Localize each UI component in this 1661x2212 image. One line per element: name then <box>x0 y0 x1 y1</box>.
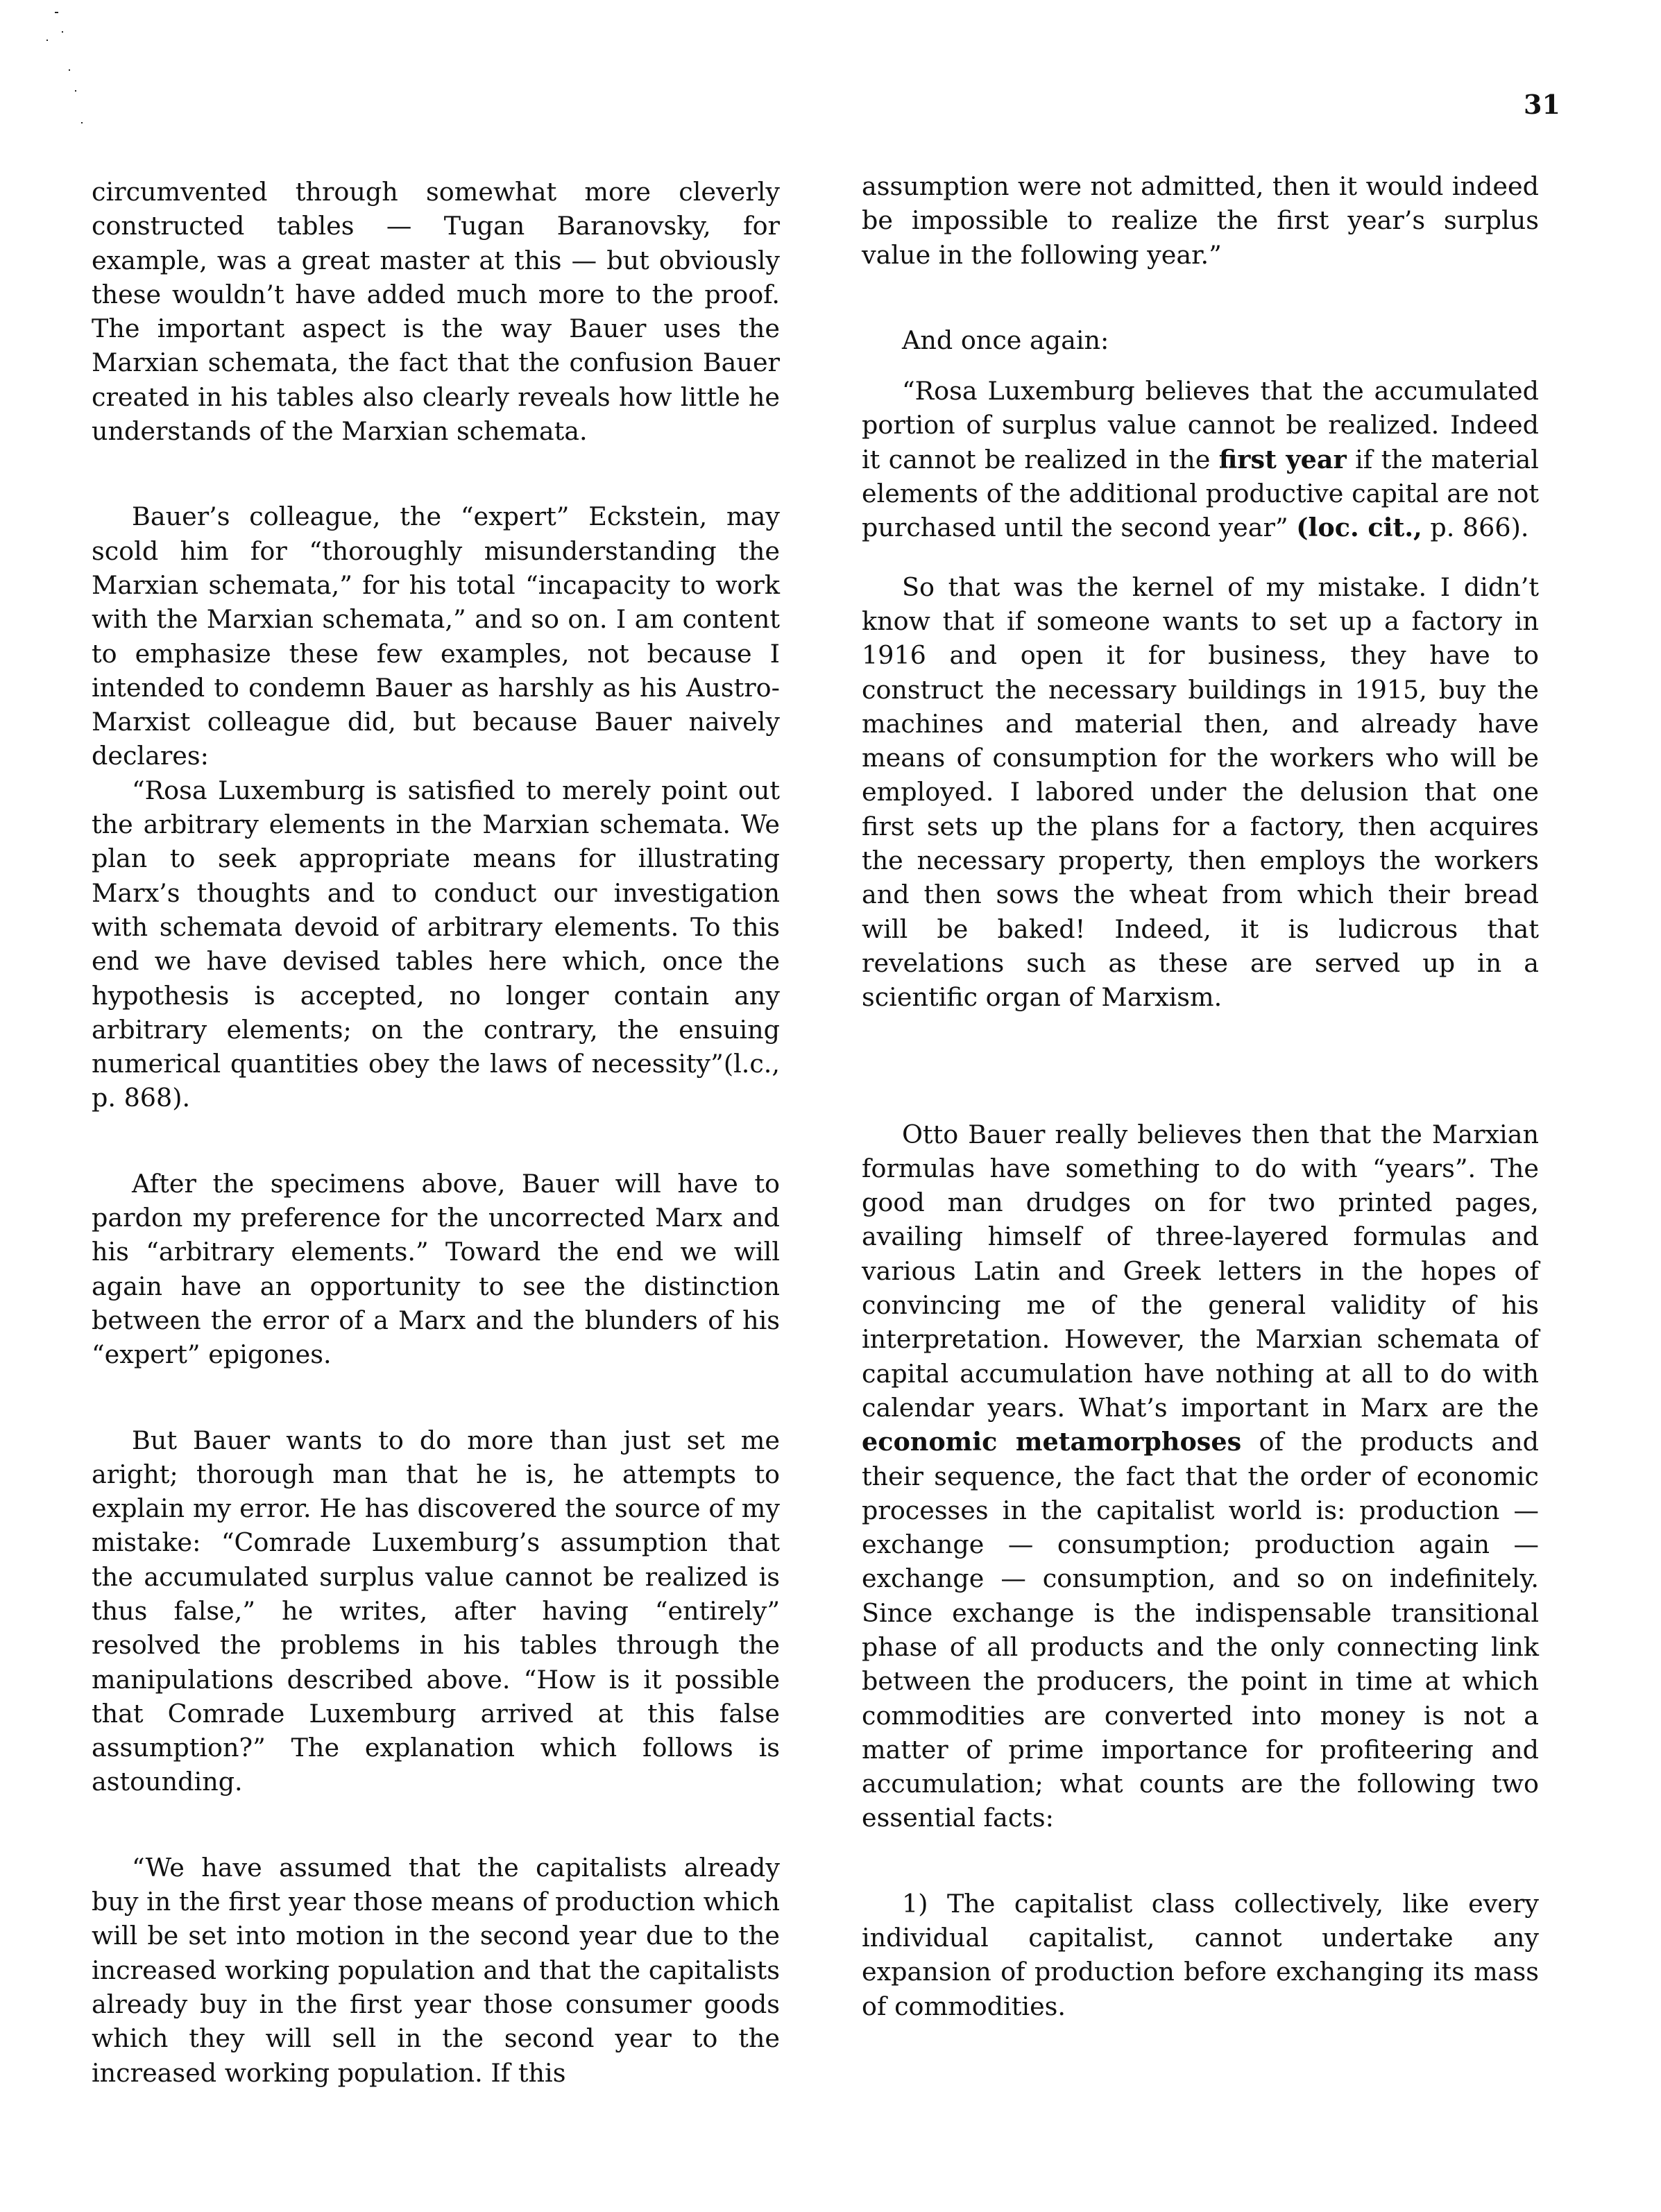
paragraph-eckstein: Bauer’s colleague, the “expert” Eckstein… <box>92 499 780 773</box>
right-column: assumption were not admitted, then it wo… <box>862 169 1539 2023</box>
paragraph-explain-error: But Bauer wants to do more than just set… <box>92 1423 780 1799</box>
left-column: circumvented through somewhat more cleve… <box>92 175 780 2090</box>
paragraph-kernel-of-mistake: So that was the kernel of my mistake. I … <box>862 570 1539 1015</box>
block-quote-luxemburg-believes: “Rosa Luxemburg believes that the accumu… <box>862 374 1539 545</box>
scan-artifact <box>62 31 63 33</box>
scan-artifact <box>69 69 70 71</box>
paragraph-quote-continuation: assumption were not admitted, then it wo… <box>862 169 1539 272</box>
scan-artifact <box>46 40 48 41</box>
emphasis-economic-metamorphoses: economic metamorphoses <box>862 1427 1241 1457</box>
paragraph-otto-bauer: Otto Bauer really believes then that the… <box>862 1117 1539 1835</box>
block-quote-bauer: “Rosa Luxemburg is satisfied to merely p… <box>92 773 780 1115</box>
scan-artifact <box>75 90 76 92</box>
block-quote-assumption: “We have assumed that the capitalists al… <box>92 1851 780 2090</box>
emphasis-first-year: first year <box>1219 445 1347 474</box>
list-item-fact-1: 1) The capitalist class collectively, li… <box>862 1887 1539 2023</box>
paragraph-specimens: After the specimens above, Bauer will ha… <box>92 1167 780 1372</box>
scan-artifact <box>81 122 83 123</box>
page-number: 31 <box>1524 89 1560 120</box>
citation-loc-cit: (loc. cit., <box>1296 513 1422 542</box>
paragraph-continuation: circumvented through somewhat more cleve… <box>92 175 780 448</box>
paragraph-once-again: And once again: <box>862 323 1539 357</box>
scan-artifact <box>55 12 58 13</box>
quote-text: “Rosa Luxemburg is satisfied to merely p… <box>92 775 780 1079</box>
